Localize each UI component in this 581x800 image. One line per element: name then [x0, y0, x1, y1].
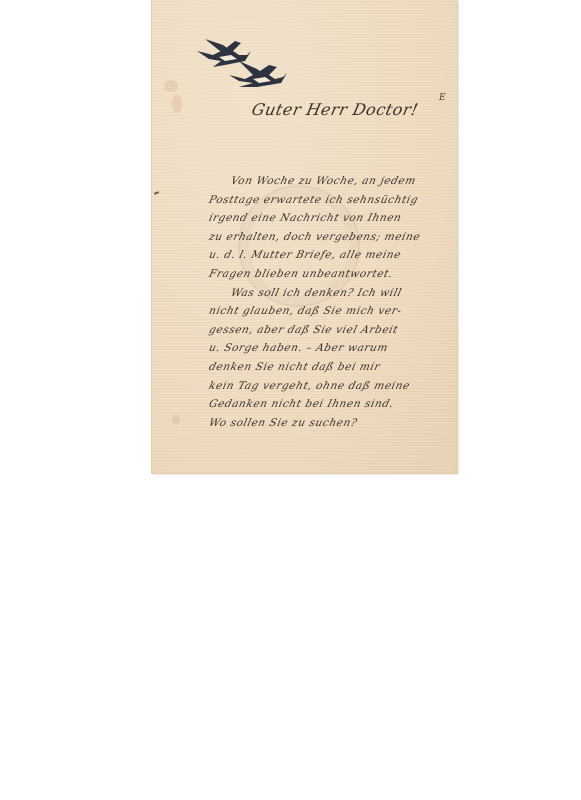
letter-line: zu erhalten, doch vergebens; meine	[207, 228, 457, 247]
letter-line: nicht glauben, daß Sie mich ver-	[207, 302, 457, 321]
margin-mark	[154, 191, 159, 195]
letter-line: irgend eine Nachricht von Ihnen	[207, 209, 457, 228]
letter-line: denken Sie nicht daß bei mir	[207, 358, 457, 377]
paper-stain	[164, 80, 178, 92]
letter-body: Von Woche zu Woche, an jedemPosttage erw…	[209, 172, 454, 432]
letter-line: Was soll ich denken? Ich will	[207, 284, 457, 303]
corner-mark: E	[439, 93, 446, 103]
salutation: Guter Herr Doctor!	[250, 100, 454, 119]
swallows-illustration	[195, 33, 291, 88]
paper-stain	[172, 95, 182, 113]
letter-line: Von Woche zu Woche, an jedem	[207, 172, 457, 191]
letter-line: kein Tag vergeht, ohne daß meine	[207, 377, 457, 396]
letter-line: Wo sollen Sie zu suchen?	[207, 414, 457, 433]
letter-line: Fragen blieben unbeantwortet.	[207, 265, 457, 284]
letter-page: Guter Herr Doctor! E Von Woche zu Woche,…	[152, 0, 457, 473]
letter-line: gessen, aber daß Sie viel Arbeit	[207, 321, 457, 340]
letter-line: u. Sorge haben. – Aber warum	[207, 339, 457, 358]
letter-line: u. d. l. Mutter Briefe, alle meine	[207, 246, 457, 265]
letter-line: Posttage erwartete ich sehnsüchtig	[207, 191, 457, 210]
paper-stain	[172, 415, 180, 425]
letter-line: Gedanken nicht bei Ihnen sind.	[207, 395, 457, 414]
